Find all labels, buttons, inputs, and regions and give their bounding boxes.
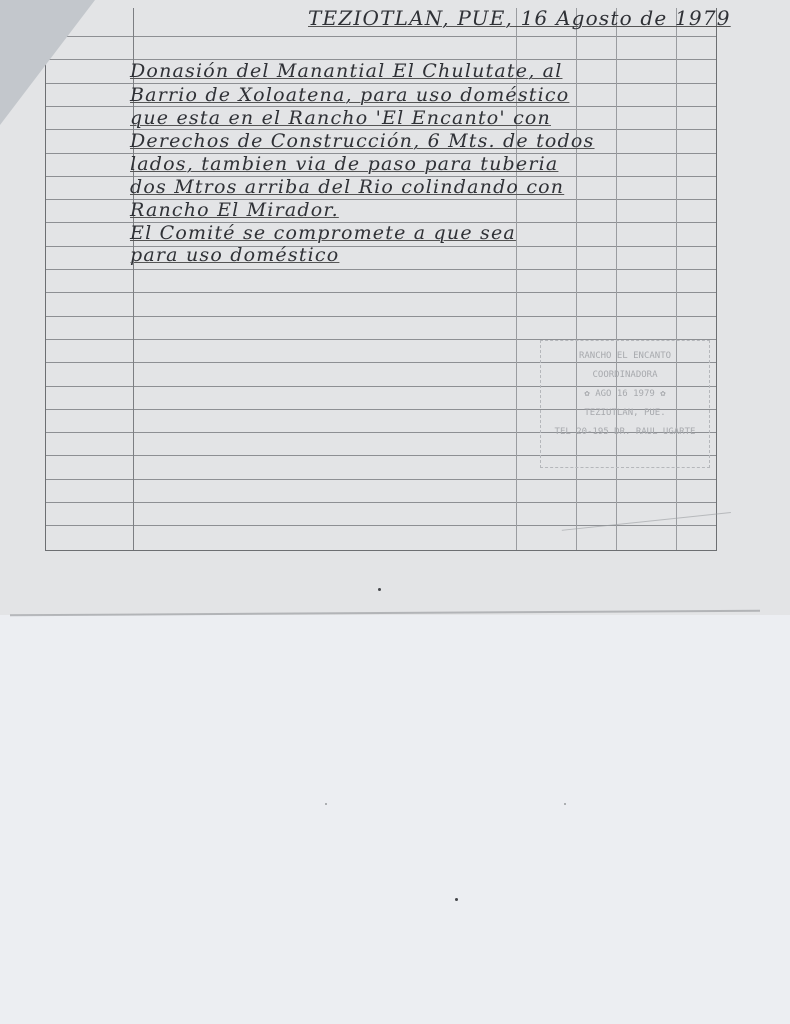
ledger-column-rule <box>616 8 617 550</box>
ledger-column-rule <box>576 8 577 550</box>
body-line-7: Rancho El Mirador. <box>130 199 339 221</box>
speck <box>378 588 381 591</box>
rubber-stamp: RANCHO EL ENCANTO COORDINADORA ✿ AGO 16 … <box>540 340 710 468</box>
stamp-line-3: ✿ AGO 16 1979 ✿ <box>541 385 709 404</box>
stamp-line-2: COORDINADORA <box>541 366 709 385</box>
body-line-1: Donasión del Manantial El Chulutate, al <box>130 60 562 82</box>
stamp-line-4: TEZIUTLAN, PUE. <box>541 404 709 423</box>
place-date: TEZIOTLAN, PUE, 16 Agosto de 1979 <box>308 6 731 30</box>
stamp-line-1: RANCHO EL ENCANTO <box>541 347 709 366</box>
body-line-8: El Comité se compromete a que sea <box>130 222 516 244</box>
body-line-3: que esta en el Rancho 'El Encanto' con <box>130 107 551 129</box>
stamp-line-5: TEL 20-195 DR. RAUL UGARTE <box>541 423 709 442</box>
body-line-5: lados, tambien via de paso para tuberia <box>130 153 558 175</box>
body-line-2: Barrio de Xoloatena, para uso doméstico <box>130 84 569 106</box>
blank-backing-sheet <box>0 615 790 1024</box>
body-line-9: para uso doméstico <box>130 244 339 266</box>
speck <box>455 898 458 901</box>
body-line-4: Derechos de Construcción, 6 Mts. de todo… <box>130 130 595 152</box>
ledger-column-rule <box>676 8 677 550</box>
speck <box>325 803 327 805</box>
speck <box>564 803 566 805</box>
folded-corner <box>0 0 95 125</box>
body-line-6: dos Mtros arriba del Rio colindando con <box>130 176 564 198</box>
